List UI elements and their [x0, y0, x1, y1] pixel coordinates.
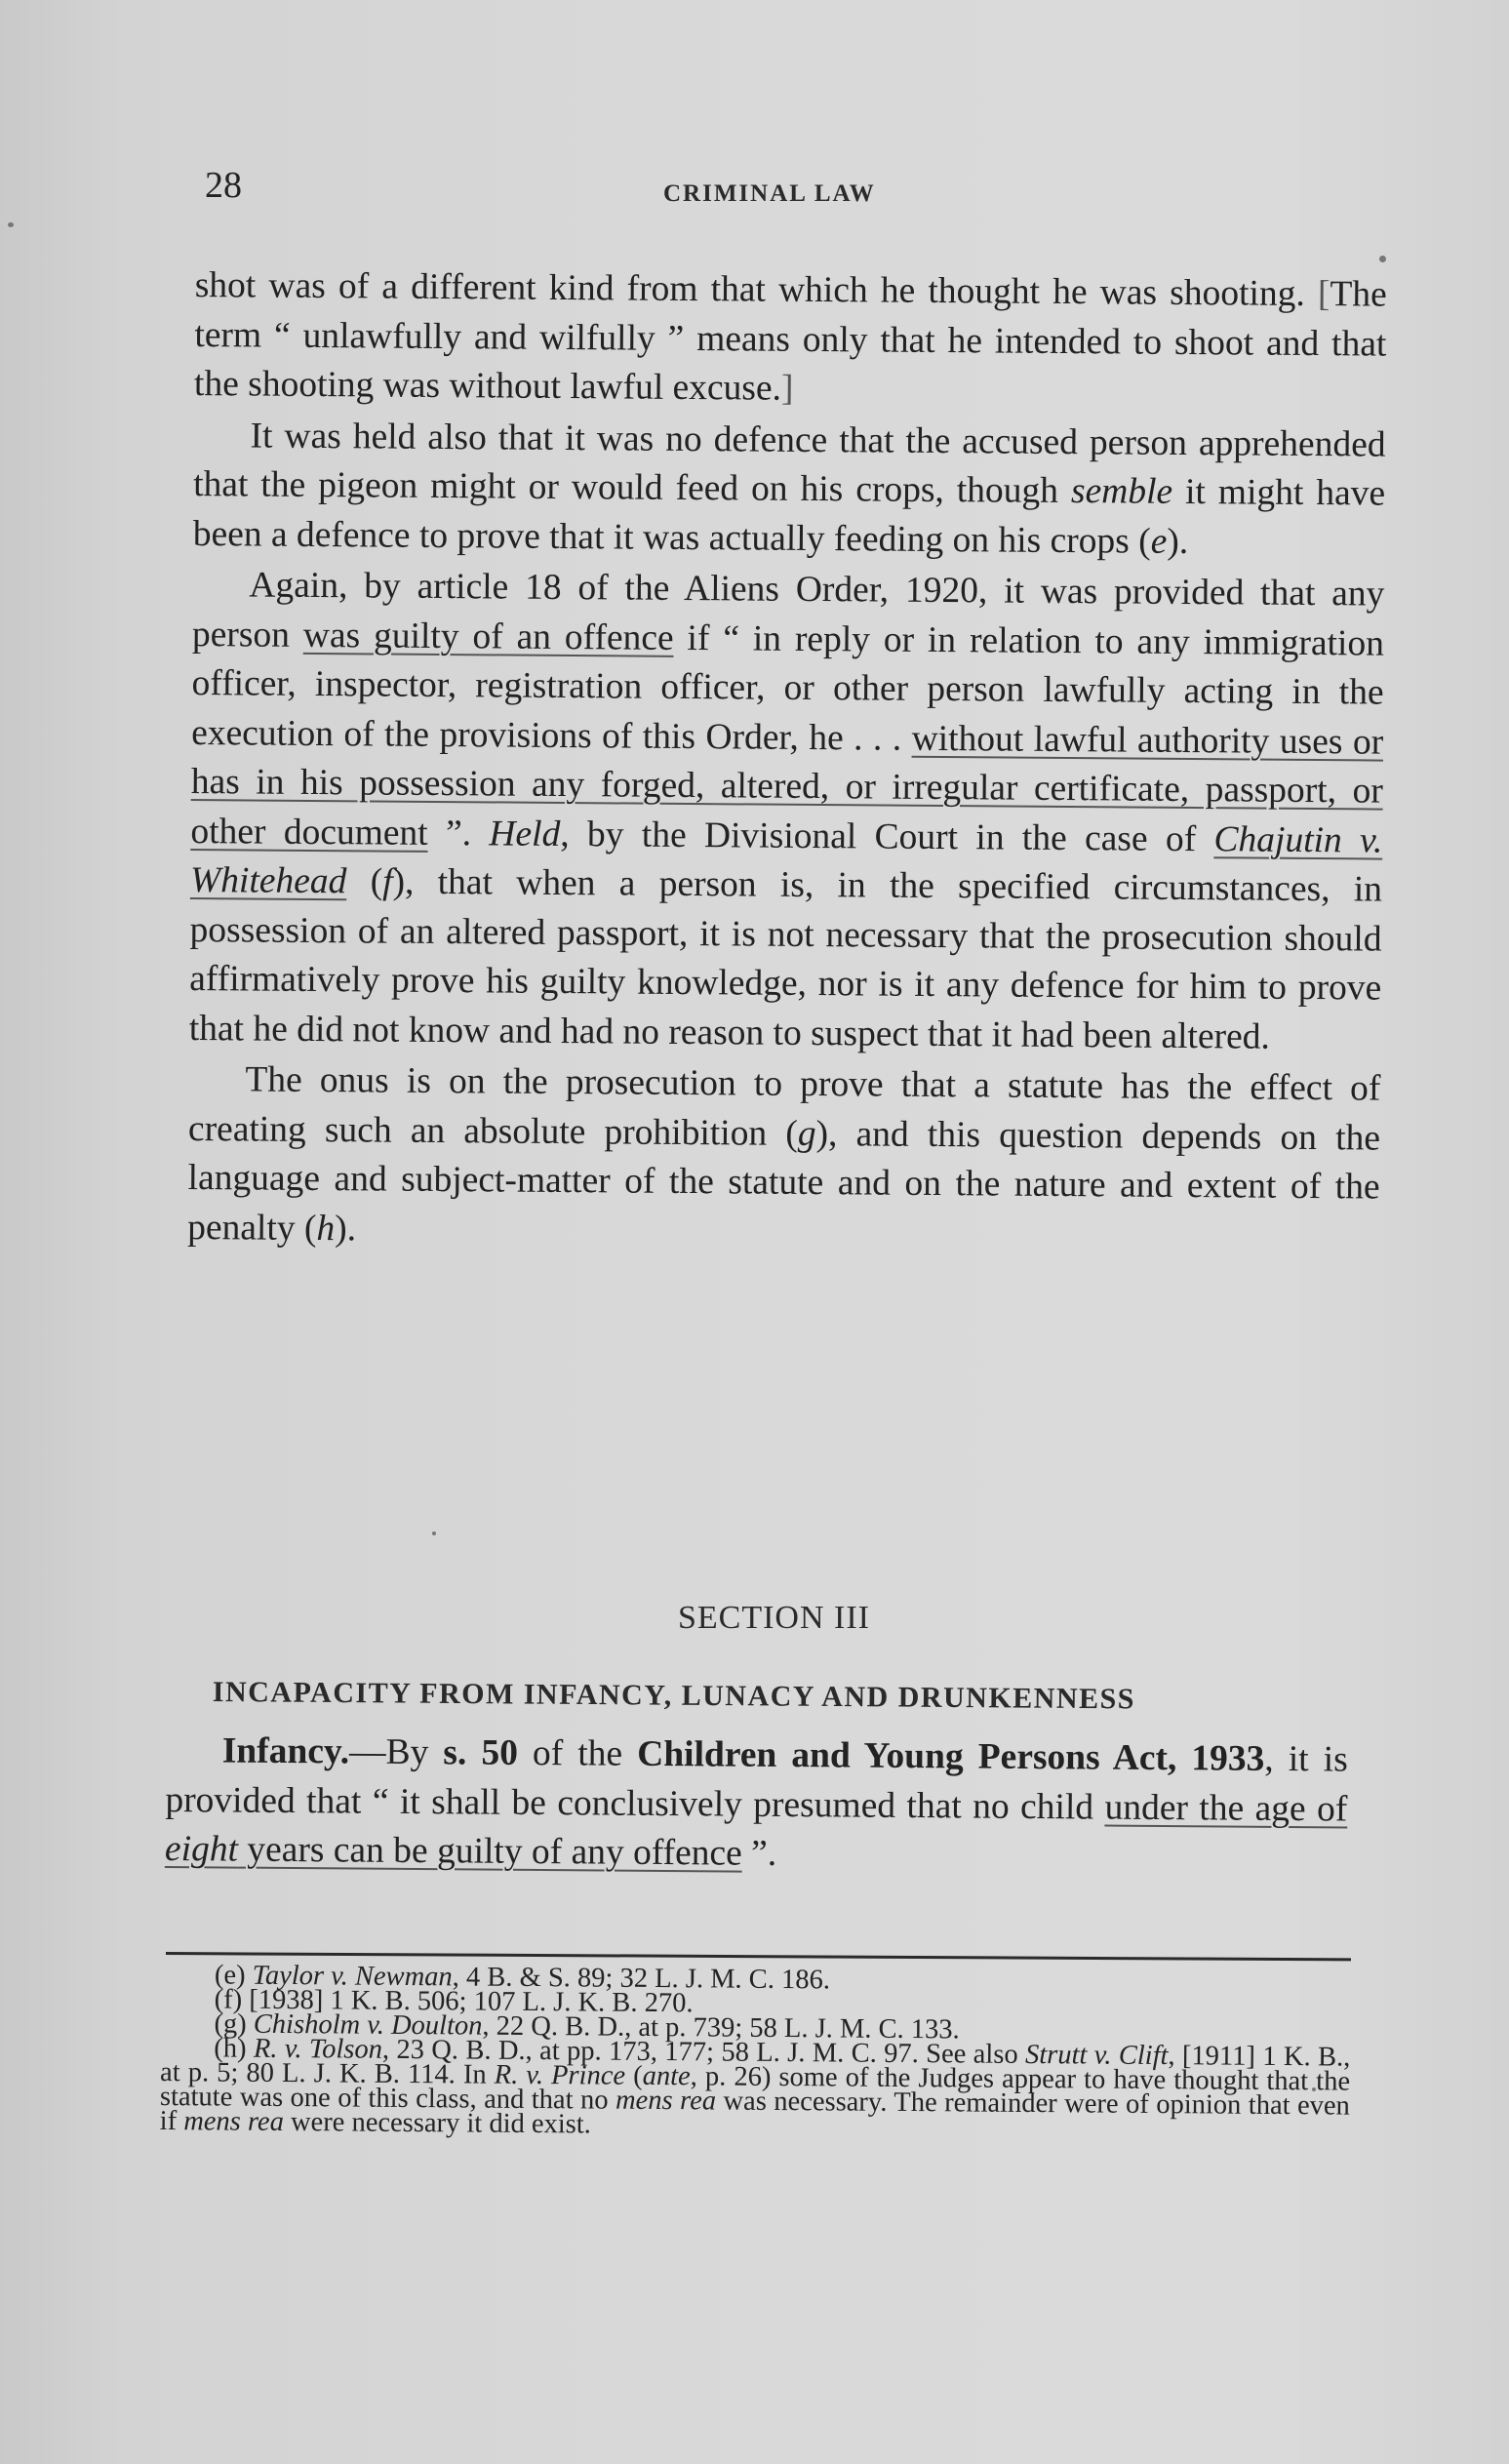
- paragraph-pigeon: It was held also that it was no defence …: [193, 411, 1386, 568]
- margin-bracket-open: [: [1318, 274, 1330, 314]
- paper-speck: [1312, 2087, 1316, 2091]
- footnote-ref-e[interactable]: e: [1151, 521, 1168, 561]
- underlined-guilty-offence: was guilty of an offence: [303, 615, 674, 657]
- paper-speck: [8, 222, 14, 227]
- infancy-heading: Infancy.: [222, 1730, 350, 1771]
- italic-held: Held: [489, 814, 560, 854]
- paper-speck: [432, 1531, 436, 1535]
- margin-bracket-close: ]: [781, 369, 794, 409]
- act-name: Children and Young Persons Act, 1933: [637, 1734, 1265, 1779]
- italic-eight: eight: [165, 1829, 238, 1870]
- infancy-paragraph: Infancy.—By s. 50 of the Children and Yo…: [165, 1727, 1348, 1884]
- page-number: 28: [205, 164, 242, 207]
- footnote-ref-g[interactable]: g: [798, 1113, 816, 1153]
- section-title: INCAPACITY FROM INFANCY, LUNACY AND DRUN…: [213, 1676, 1315, 1718]
- footnote-h: (h) R. v. Tolson, 23 Q. B. D., at pp. 17…: [160, 2036, 1351, 2143]
- footnote-ref-f[interactable]: f: [382, 862, 393, 902]
- footnote-divider: [166, 1952, 1351, 1961]
- body-text: shot was of a different kind from that w…: [187, 261, 1387, 1262]
- paragraph-onus: The onus is on the prosecution to prove …: [187, 1055, 1381, 1262]
- paragraph-infancy: Infancy.—By s. 50 of the Children and Yo…: [165, 1727, 1348, 1884]
- italic-semble: semble: [1071, 471, 1172, 512]
- running-head: 28 CRIMINAL LAW: [205, 156, 1395, 215]
- paragraph-aliens-order: Again, by article 18 of the Aliens Order…: [189, 561, 1385, 1063]
- underlined-age: under the age of: [1104, 1787, 1347, 1829]
- section-ref: s. 50: [443, 1732, 518, 1773]
- scanned-book-page: 28 CRIMINAL LAW shot was of a different …: [0, 0, 1509, 2464]
- paper-speck: [1379, 256, 1386, 262]
- paragraph-shooting: shot was of a different kind from that w…: [194, 261, 1387, 418]
- running-title: CRIMINAL LAW: [663, 180, 876, 208]
- footnote-ref-h[interactable]: h: [316, 1209, 335, 1249]
- section-number: SECTION III: [0, 1600, 1509, 1637]
- footnotes: (e) Taylor v. Newman, 4 B. & S. 89; 32 L…: [160, 1963, 1351, 2143]
- underlined-guilty: years can be guilty of any offence: [238, 1830, 742, 1874]
